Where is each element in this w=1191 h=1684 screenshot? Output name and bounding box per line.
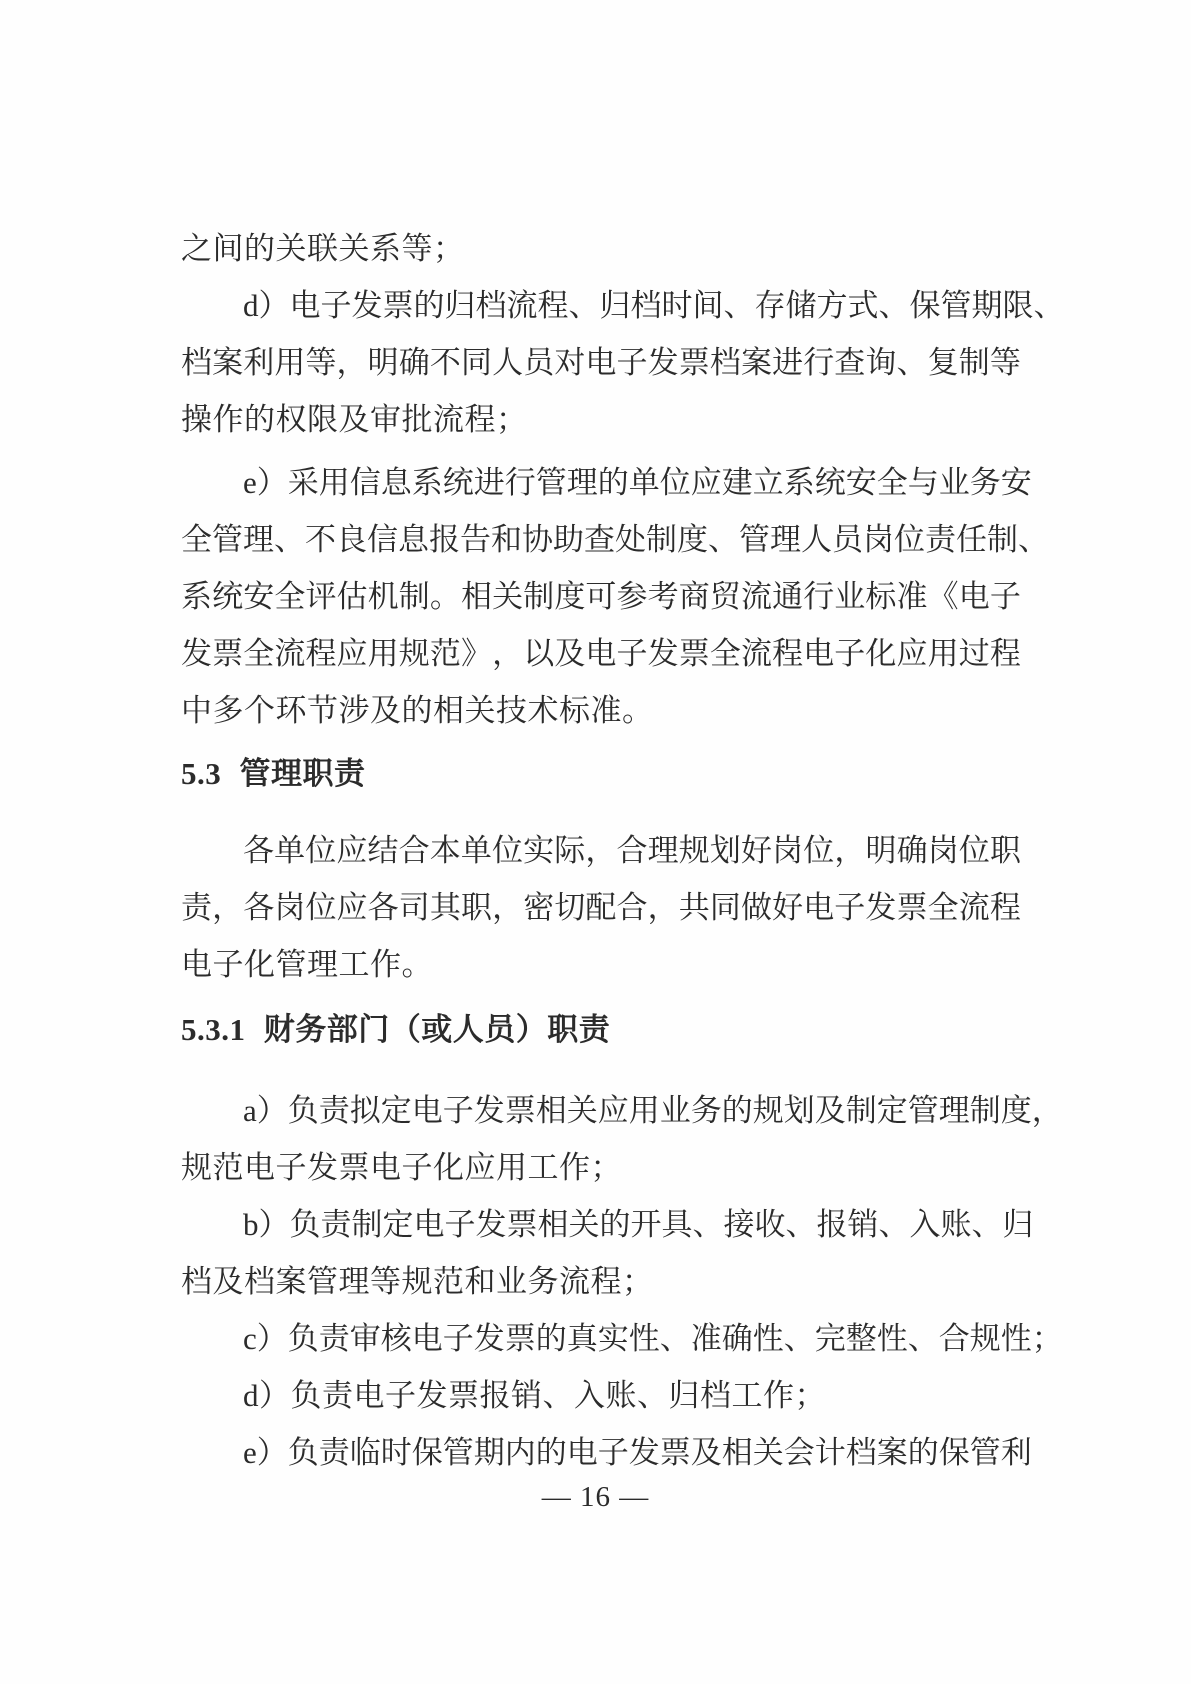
text-line: 责，各岗位应各司其职，密切配合，共同做好电子发票全流程 bbox=[181, 879, 1021, 936]
section-heading: 5.3 管理职责 bbox=[181, 745, 1021, 802]
text-line: d）负责电子发票报销、入账、归档工作； bbox=[181, 1367, 1021, 1424]
text-line: a）负责拟定电子发票相关应用业务的规划及制定管理制度， bbox=[181, 1082, 1021, 1139]
text-line: 规范电子发票电子化应用工作； bbox=[181, 1139, 1021, 1196]
text-line: 之间的关联关系等； bbox=[181, 220, 1021, 277]
text-line: 中多个环节涉及的相关技术标准。 bbox=[181, 682, 1021, 739]
text-line: 档及档案管理等规范和业务流程； bbox=[181, 1253, 1021, 1310]
text-line: b）负责制定电子发票相关的开具、接收、报销、入账、归 bbox=[181, 1196, 1021, 1253]
text-line: e）采用信息系统进行管理的单位应建立系统安全与业务安 bbox=[181, 454, 1021, 511]
page-number: — 16 — bbox=[542, 1481, 650, 1513]
text-line: 全管理、不良信息报告和协助查处制度、管理人员岗位责任制、 bbox=[181, 511, 1021, 568]
text-line: 系统安全评估机制。相关制度可参考商贸流通行业标准《电子 bbox=[181, 568, 1021, 625]
page-body: 之间的关联关系等；d）电子发票的归档流程、归档时间、存储方式、保管期限、档案利用… bbox=[181, 0, 1021, 1481]
text-line: 操作的权限及审批流程； bbox=[181, 391, 1021, 448]
text-line: 发票全流程应用规范》，以及电子发票全流程电子化应用过程 bbox=[181, 625, 1021, 682]
text-line: c）负责审核电子发票的真实性、准确性、完整性、合规性； bbox=[181, 1310, 1021, 1367]
text-line: 各单位应结合本单位实际，合理规划好岗位，明确岗位职 bbox=[181, 822, 1021, 879]
text-line: e）负责临时保管期内的电子发票及相关会计档案的保管利 bbox=[181, 1424, 1021, 1481]
document-page: 之间的关联关系等；d）电子发票的归档流程、归档时间、存储方式、保管期限、档案利用… bbox=[0, 0, 1191, 1684]
text-line: 电子化管理工作。 bbox=[181, 936, 1021, 993]
text-line: 档案利用等，明确不同人员对电子发票档案进行查询、复制等 bbox=[181, 334, 1021, 391]
text-line: d）电子发票的归档流程、归档时间、存储方式、保管期限、 bbox=[181, 277, 1021, 334]
section-heading: 5.3.1 财务部门（或人员）职责 bbox=[181, 1001, 1021, 1058]
page-footer: — 16 — bbox=[0, 1477, 1191, 1517]
